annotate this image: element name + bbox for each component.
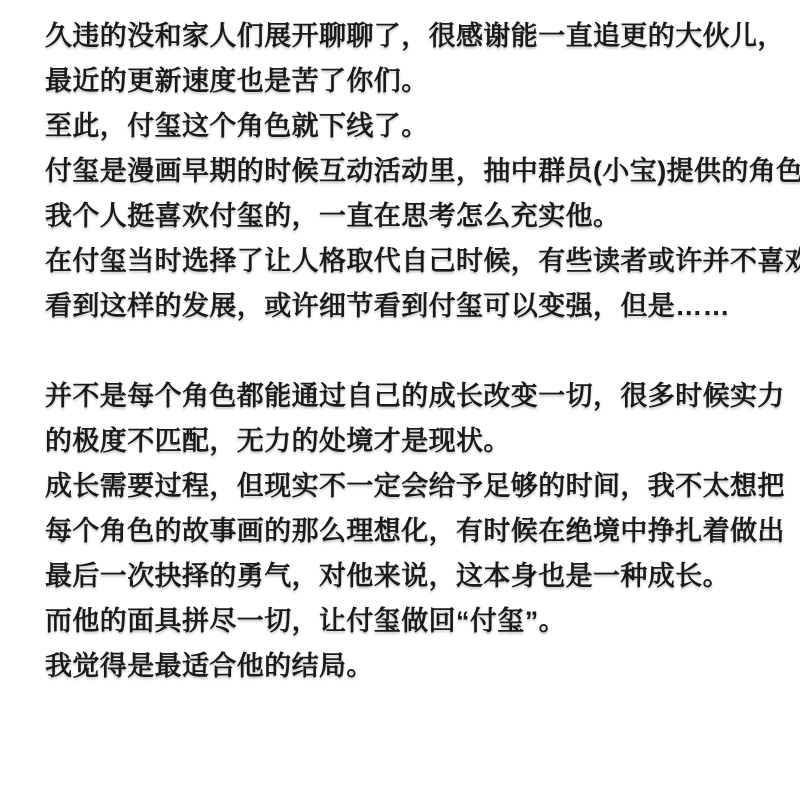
text-line: 付玺是漫画早期的时候互动活动里，抽中群员(小宝)提供的角色。 — [45, 149, 772, 194]
document: 久违的没和家人们展开聊聊了，很感谢能一直追更的大伙儿， 最近的更新速度也是苦了你… — [0, 0, 800, 800]
text-line: 并不是每个角色都能通过自己的成长改变一切，很多时候实力 — [45, 374, 772, 419]
text-line: 最后一次抉择的勇气，对他来说，这本身也是一种成长。 — [45, 554, 772, 599]
text-line: 的极度不匹配，无力的处境才是现状。 — [45, 419, 772, 464]
text-line: 看到这样的发展，或许细节看到付玺可以变强，但是…… — [45, 284, 772, 329]
text-line: 我觉得是最适合他的结局。 — [45, 644, 772, 689]
text-line: 至此，付玺这个角色就下线了。 — [45, 104, 772, 149]
text-line: 成长需要过程，但现实不一定会给予足够的时间，我不太想把 — [45, 464, 772, 509]
text-line: 最近的更新速度也是苦了你们。 — [45, 59, 772, 104]
text-line: 每个角色的故事画的那么理想化，有时候在绝境中挣扎着做出 — [45, 509, 772, 554]
text-line: 久违的没和家人们展开聊聊了，很感谢能一直追更的大伙儿， — [45, 14, 772, 59]
text-line: 我个人挺喜欢付玺的，一直在思考怎么充实他。 — [45, 194, 772, 239]
text-line: 在付玺当时选择了让人格取代自己时候，有些读者或许并不喜欢 — [45, 239, 772, 284]
text-line: 而他的面具拼尽一切，让付玺做回“付玺”。 — [45, 599, 772, 644]
blank-line — [45, 329, 772, 374]
